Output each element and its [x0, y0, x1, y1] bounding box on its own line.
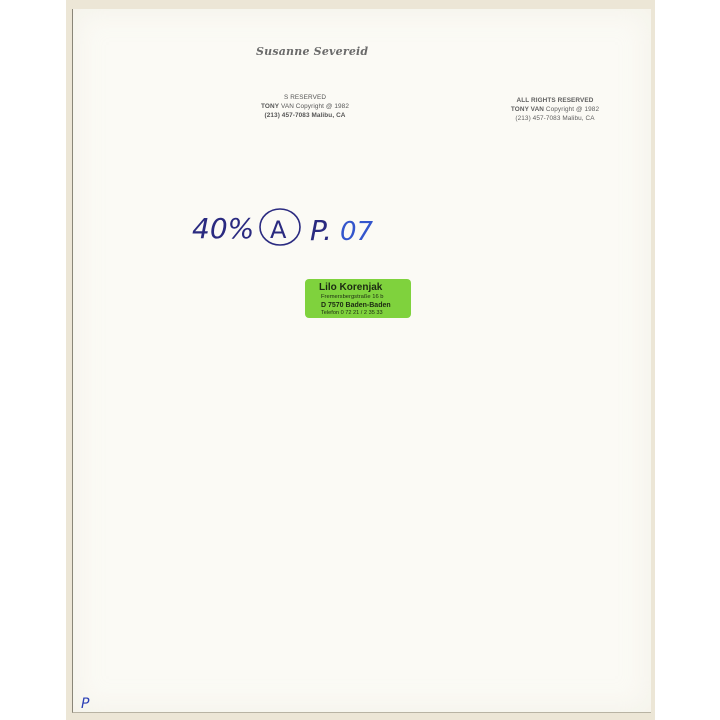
- stamp-line: TONY VAN Copyright @ 1982: [246, 102, 364, 111]
- handwriting-number: 07: [340, 217, 374, 247]
- handwriting-circled-letter: A: [270, 216, 287, 244]
- handwriting-percent: 40%: [192, 212, 254, 245]
- copyright-stamp-right: ALL RIGHTS RESERVED TONY VAN Copyright @…: [496, 96, 614, 123]
- copyright-stamp-left: S RESERVED TONY VAN Copyright @ 1982 (21…: [246, 93, 364, 120]
- stamp-line: ALL RIGHTS RESERVED: [496, 96, 614, 105]
- corner-pencil-mark: P: [81, 696, 89, 712]
- label-name: Lilo Korenjak: [319, 282, 382, 293]
- stamp-line: TONY VAN Copyright @ 1982: [496, 105, 614, 114]
- handwritten-annotation: 40% A P. 07: [190, 200, 410, 250]
- stamp-line: (213) 457-7083 Malibu, CA: [246, 111, 364, 120]
- label-street: Fremersbergstraße 16 b: [321, 294, 384, 300]
- stamp-line: (213) 457-7083 Malibu, CA: [496, 114, 614, 123]
- photographer-signature-stamp: Susanne Severeid: [256, 45, 368, 58]
- handwriting-page: P.: [310, 214, 332, 247]
- stamp-line: S RESERVED: [246, 93, 364, 102]
- label-city: D 7570 Baden-Baden: [321, 302, 391, 309]
- owner-address-label: Lilo Korenjak Fremersbergstraße 16 b D 7…: [305, 279, 411, 318]
- label-phone: Telefon 0 72 21 / 2 35 33: [321, 310, 383, 316]
